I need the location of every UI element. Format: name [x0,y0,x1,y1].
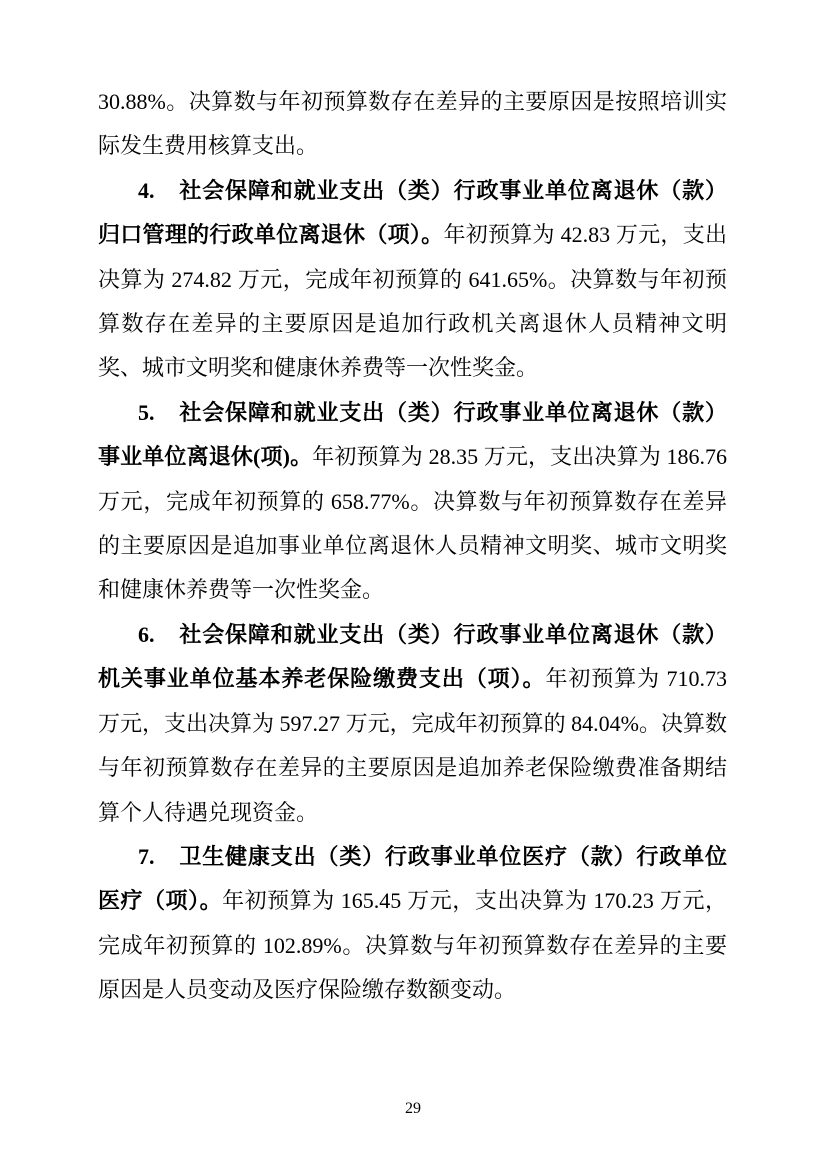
item-number: 6. [138,622,155,647]
budget-item-7-paragraph: 7.卫生健康支出（类）行政事业单位医疗（款）行政单位医疗（项）。年初预算为 16… [98,835,727,1013]
budget-item-4-paragraph: 4.社会保障和就业支出（类）行政事业单位离退休（款）归口管理的行政单位离退休（项… [98,169,727,391]
page-number: 29 [0,1099,826,1119]
budget-item-5-paragraph: 5.社会保障和就业支出（类）行政事业单位离退休（款）事业单位离退休(项)。年初预… [98,391,727,613]
intro-paragraph: 30.88%。决算数与年初预算数存在差异的主要原因是按照培训实际发生费用核算支出… [98,80,727,169]
item-number: 7. [138,844,155,869]
budget-item-6-paragraph: 6.社会保障和就业支出（类）行政事业单位离退休（款）机关事业单位基本养老保险缴费… [98,613,727,835]
item-number: 5. [138,400,155,425]
page-body-text: 30.88%。决算数与年初预算数存在差异的主要原因是按照培训实际发生费用核算支出… [98,80,727,1013]
document-page: 30.88%。决算数与年初预算数存在差异的主要原因是按照培训实际发生费用核算支出… [0,0,826,1169]
item-number: 4. [138,178,155,203]
